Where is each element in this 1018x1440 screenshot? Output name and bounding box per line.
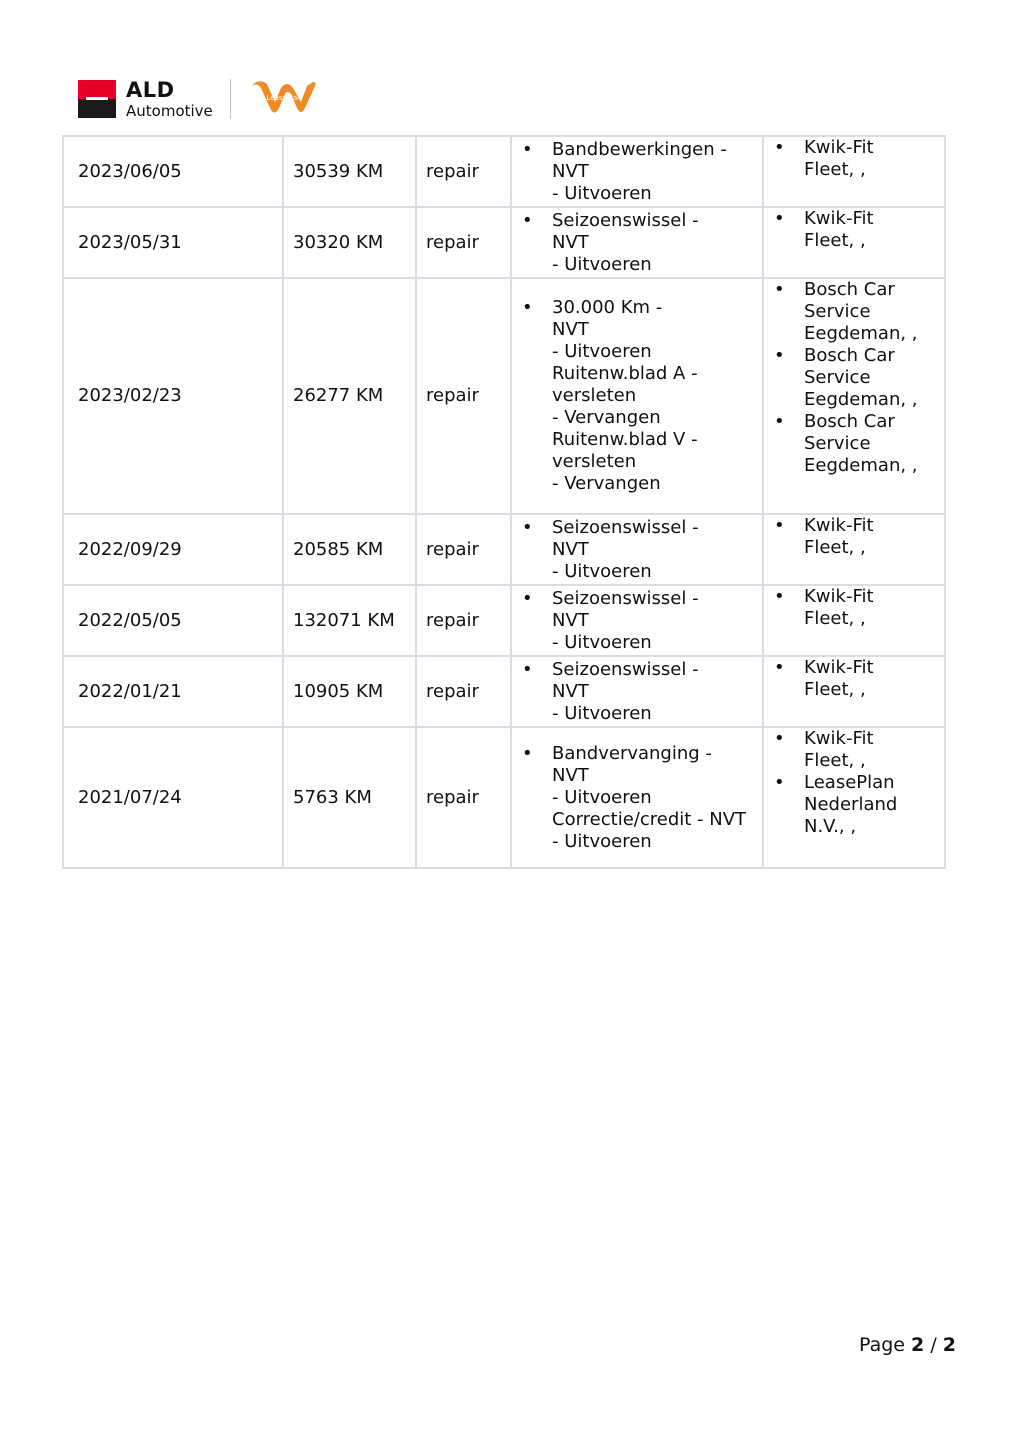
ald-logo-icon — [78, 80, 116, 118]
providers-cell: Kwik-Fit Fleet, ,LeasePlan Nederland N.V… — [763, 727, 945, 868]
service-item: Seizoenswissel - NVT - Uitvoeren — [522, 588, 762, 654]
table-row: 2023/06/0530539 KMrepairBandbewerkingen … — [63, 136, 945, 207]
type-cell: repair — [416, 278, 511, 514]
providers-cell: Kwik-Fit Fleet, , — [763, 656, 945, 727]
date-cell: 2023/06/05 — [63, 136, 283, 207]
provider-item: Kwik-Fit Fleet, , — [774, 657, 944, 701]
provider-item: Kwik-Fit Fleet, , — [774, 728, 944, 772]
leaseplan-logo-icon: LeasePlan — [249, 78, 319, 120]
type-cell: repair — [416, 585, 511, 656]
providers-cell: Kwik-Fit Fleet, , — [763, 207, 945, 278]
total-pages: 2 — [943, 1334, 956, 1356]
header-logo: ALD Automotive LeasePlan — [78, 78, 319, 120]
service-item: Seizoenswissel - NVT - Uitvoeren — [522, 517, 762, 583]
mileage-cell: 20585 KM — [283, 514, 416, 585]
providers-cell: Kwik-Fit Fleet, , — [763, 585, 945, 656]
provider-item: Bosch Car Service Eegdeman, , — [774, 345, 944, 411]
table-row: 2022/05/05132071 KMrepairSeizoenswissel … — [63, 585, 945, 656]
providers-cell: Kwik-Fit Fleet, , — [763, 514, 945, 585]
provider-item: Kwik-Fit Fleet, , — [774, 515, 944, 559]
provider-item: Kwik-Fit Fleet, , — [774, 208, 944, 252]
provider-item: Kwik-Fit Fleet, , — [774, 586, 944, 630]
services-cell: 30.000 Km - NVT - Uitvoeren Ruitenw.blad… — [511, 278, 763, 514]
date-cell: 2023/05/31 — [63, 207, 283, 278]
ald-wordmark: ALD Automotive — [126, 80, 213, 119]
services-cell: Seizoenswissel - NVT - Uitvoeren — [511, 207, 763, 278]
service-item: Bandvervanging - NVT - Uitvoeren Correct… — [522, 743, 762, 853]
mileage-cell: 132071 KM — [283, 585, 416, 656]
provider-item: Kwik-Fit Fleet, , — [774, 137, 944, 181]
table-row: 2023/02/2326277 KMrepair30.000 Km - NVT … — [63, 278, 945, 514]
mileage-cell: 26277 KM — [283, 278, 416, 514]
provider-item: Bosch Car Service Eegdeman, , — [774, 411, 944, 477]
services-cell: Seizoenswissel - NVT - Uitvoeren — [511, 514, 763, 585]
brand-subname: Automotive — [126, 104, 213, 119]
providers-cell: Kwik-Fit Fleet, , — [763, 136, 945, 207]
page-indicator: Page 2 / 2 — [859, 1334, 956, 1356]
provider-item: LeasePlan Nederland N.V., , — [774, 772, 944, 838]
svg-text:LeasePlan: LeasePlan — [266, 94, 301, 102]
type-cell: repair — [416, 207, 511, 278]
current-page: 2 — [911, 1334, 924, 1356]
mileage-cell: 5763 KM — [283, 727, 416, 868]
service-history-table: 2023/06/0530539 KMrepairBandbewerkingen … — [62, 135, 946, 869]
page-label: Page — [859, 1334, 905, 1356]
mileage-cell: 30539 KM — [283, 136, 416, 207]
services-cell: Bandbewerkingen - NVT - Uitvoeren — [511, 136, 763, 207]
table-row: 2021/07/245763 KMrepairBandvervanging - … — [63, 727, 945, 868]
service-item: Seizoenswissel - NVT - Uitvoeren — [522, 210, 762, 276]
providers-cell: Bosch Car Service Eegdeman, ,Bosch Car S… — [763, 278, 945, 514]
type-cell: repair — [416, 514, 511, 585]
table-row: 2022/09/2920585 KMrepairSeizoenswissel -… — [63, 514, 945, 585]
mileage-cell: 10905 KM — [283, 656, 416, 727]
date-cell: 2022/09/29 — [63, 514, 283, 585]
logo-divider — [230, 79, 231, 119]
services-cell: Bandvervanging - NVT - Uitvoeren Correct… — [511, 727, 763, 868]
table-row: 2023/05/3130320 KMrepairSeizoenswissel -… — [63, 207, 945, 278]
type-cell: repair — [416, 656, 511, 727]
brand-name: ALD — [126, 80, 213, 101]
table-row: 2022/01/2110905 KMrepairSeizoenswissel -… — [63, 656, 945, 727]
provider-item: Bosch Car Service Eegdeman, , — [774, 279, 944, 345]
type-cell: repair — [416, 727, 511, 868]
type-cell: repair — [416, 136, 511, 207]
services-cell: Seizoenswissel - NVT - Uitvoeren — [511, 656, 763, 727]
service-item: Seizoenswissel - NVT - Uitvoeren — [522, 659, 762, 725]
services-cell: Seizoenswissel - NVT - Uitvoeren — [511, 585, 763, 656]
date-cell: 2022/01/21 — [63, 656, 283, 727]
date-cell: 2022/05/05 — [63, 585, 283, 656]
mileage-cell: 30320 KM — [283, 207, 416, 278]
service-item: 30.000 Km - NVT - Uitvoeren Ruitenw.blad… — [522, 297, 762, 495]
service-item: Bandbewerkingen - NVT - Uitvoeren — [522, 139, 762, 205]
date-cell: 2023/02/23 — [63, 278, 283, 514]
page-separator: / — [930, 1334, 936, 1356]
date-cell: 2021/07/24 — [63, 727, 283, 868]
